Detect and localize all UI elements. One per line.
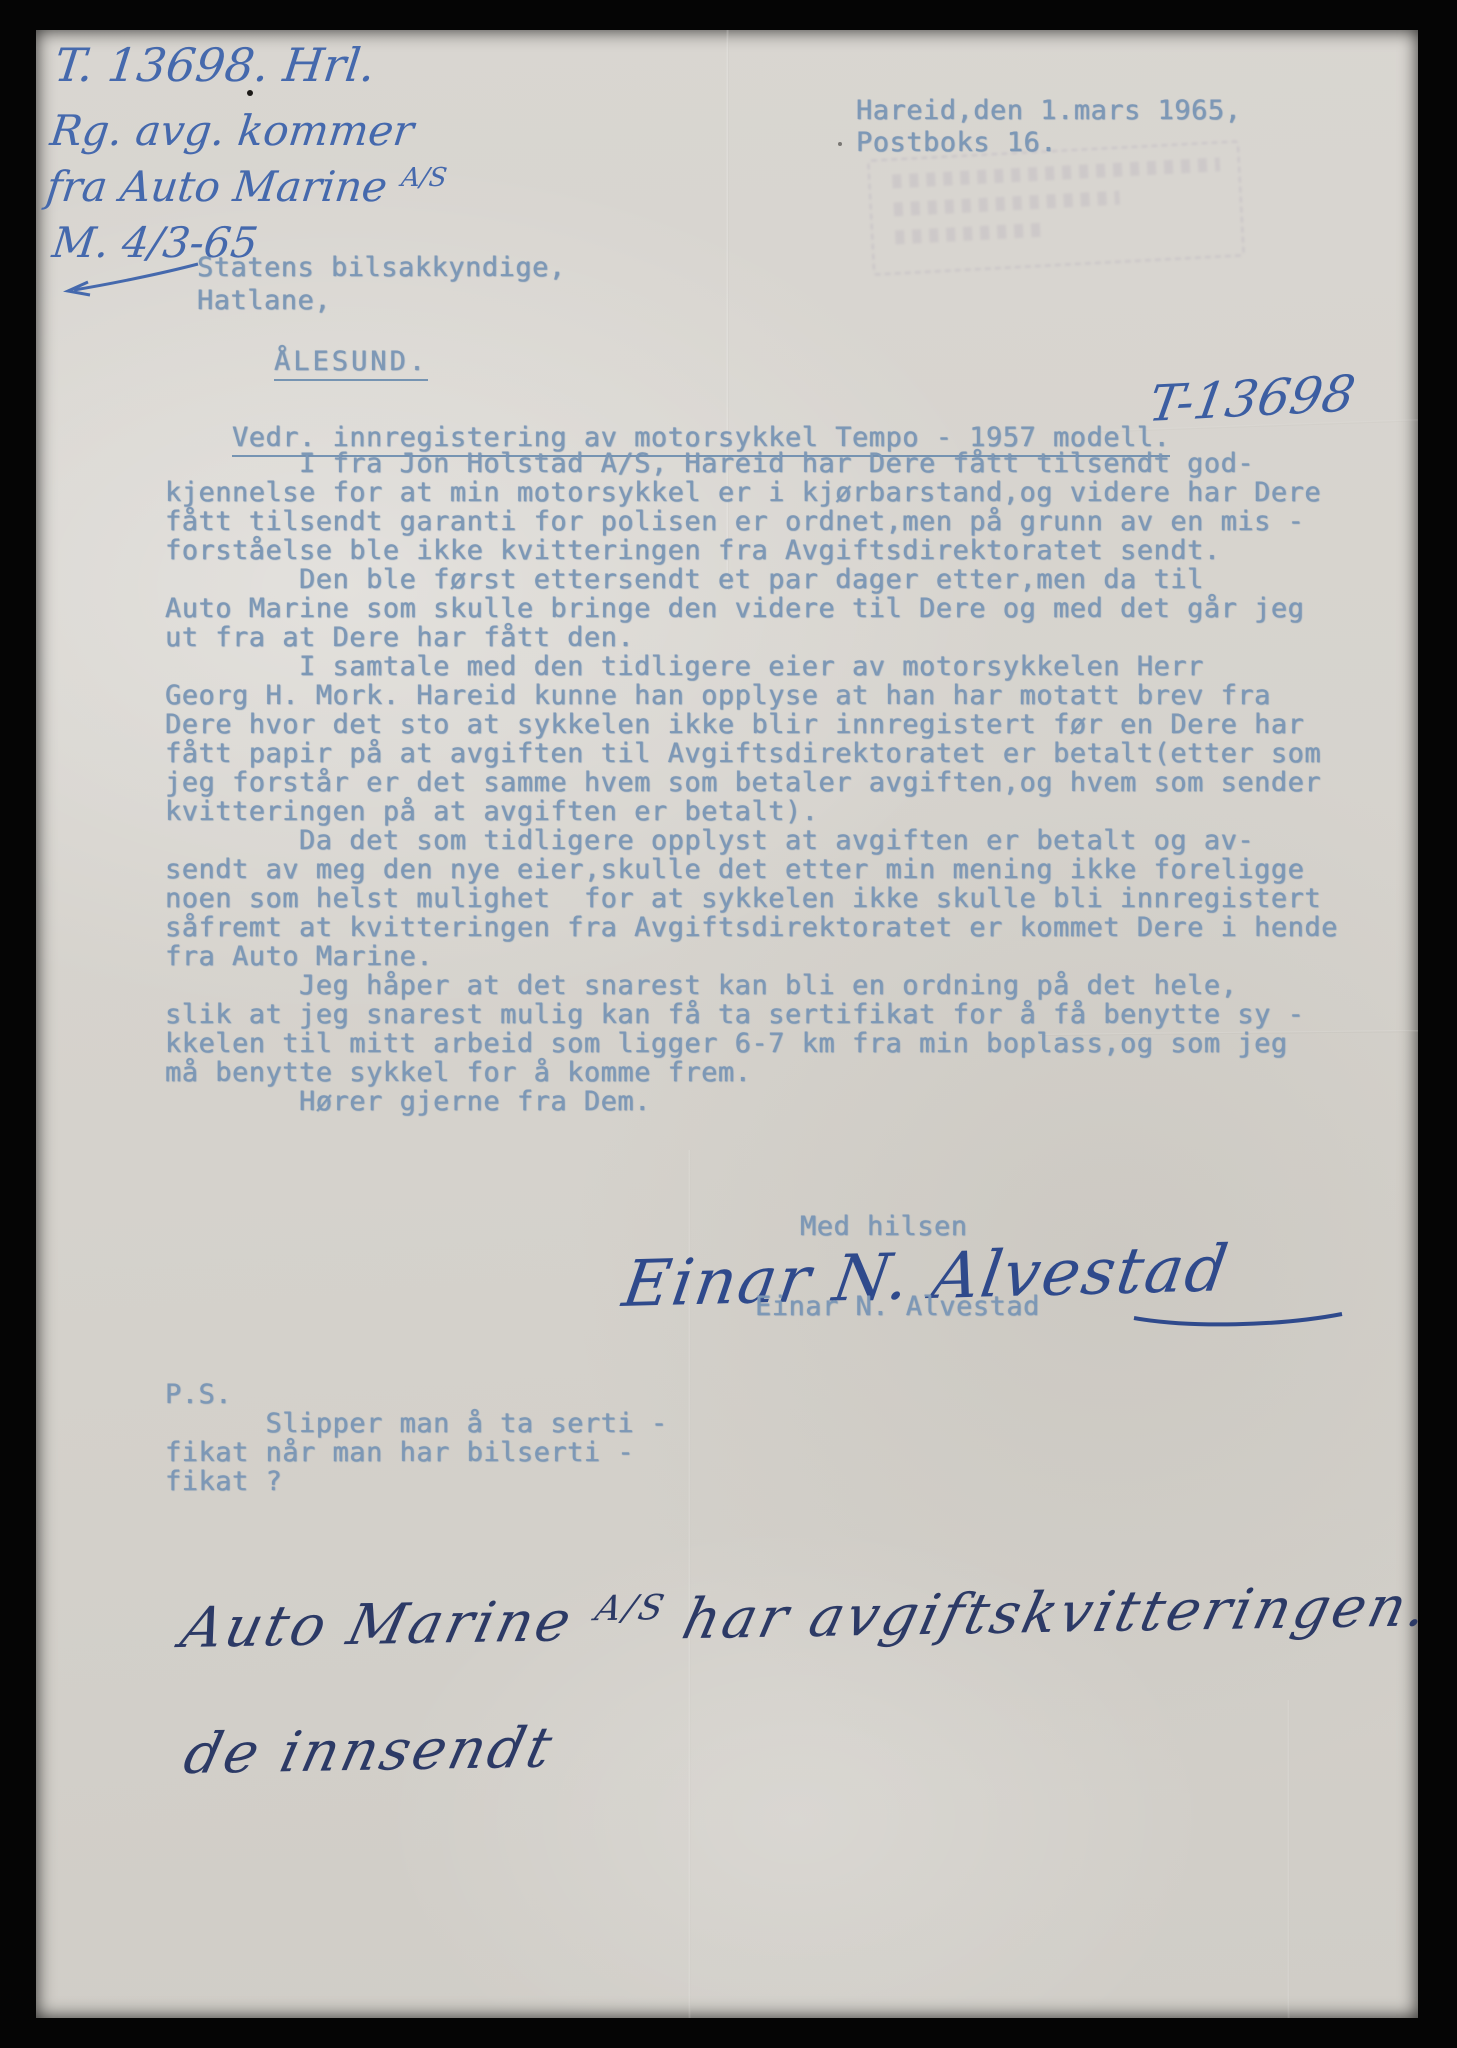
recipient-city-text: ÅLESUND. <box>274 346 428 381</box>
recipient-street: Hatlane, <box>197 286 331 315</box>
handwritten-arrow-icon <box>60 258 200 300</box>
faint-received-stamp <box>867 140 1245 275</box>
handwritten-plate-number: T-13698 <box>1145 364 1359 433</box>
closing-salutation: Med hilsen <box>800 1212 968 1241</box>
stamp-illegible-line <box>895 223 1042 245</box>
handwritten-registry-note-line3: fra Auto Marine A/S <box>44 165 448 208</box>
recipient-city: ÅLESUND. <box>197 318 428 405</box>
note-line3-superscript: A/S <box>400 163 449 193</box>
note-line3-text: fra Auto Marine <box>44 162 404 211</box>
scanned-letter-page: T. 13698. Hrl. Rg. avg. kommer fra Auto … <box>0 0 1457 2048</box>
signature-typed-name: Einar N. Alvestad <box>755 1292 1040 1321</box>
stamp-illegible-line <box>892 157 1220 188</box>
letter-body: I fra Jon Holstad A/S, Hareid har Dere f… <box>165 449 1338 1116</box>
recipient-name: Statens bilsakkyndige, <box>197 253 566 282</box>
handwritten-reply-note-line2: de innsendt <box>178 1716 561 1787</box>
paper-speck <box>838 142 842 146</box>
handwritten-registry-note-line1: T. 13698. Hrl. <box>52 42 378 88</box>
reply-note-text: Auto Marine <box>175 1589 601 1661</box>
handwritten-registry-note-line2: Rg. avg. kommer <box>48 110 416 152</box>
reply-note-superscript: A/S <box>591 1588 670 1629</box>
letter-place-date: Hareid,den 1.mars 1965, <box>856 96 1241 125</box>
signature-flourish <box>1130 1308 1350 1334</box>
stamp-illegible-line <box>893 191 1119 217</box>
postscript: P.S. Slipper man å ta serti - fikat når … <box>165 1380 668 1496</box>
